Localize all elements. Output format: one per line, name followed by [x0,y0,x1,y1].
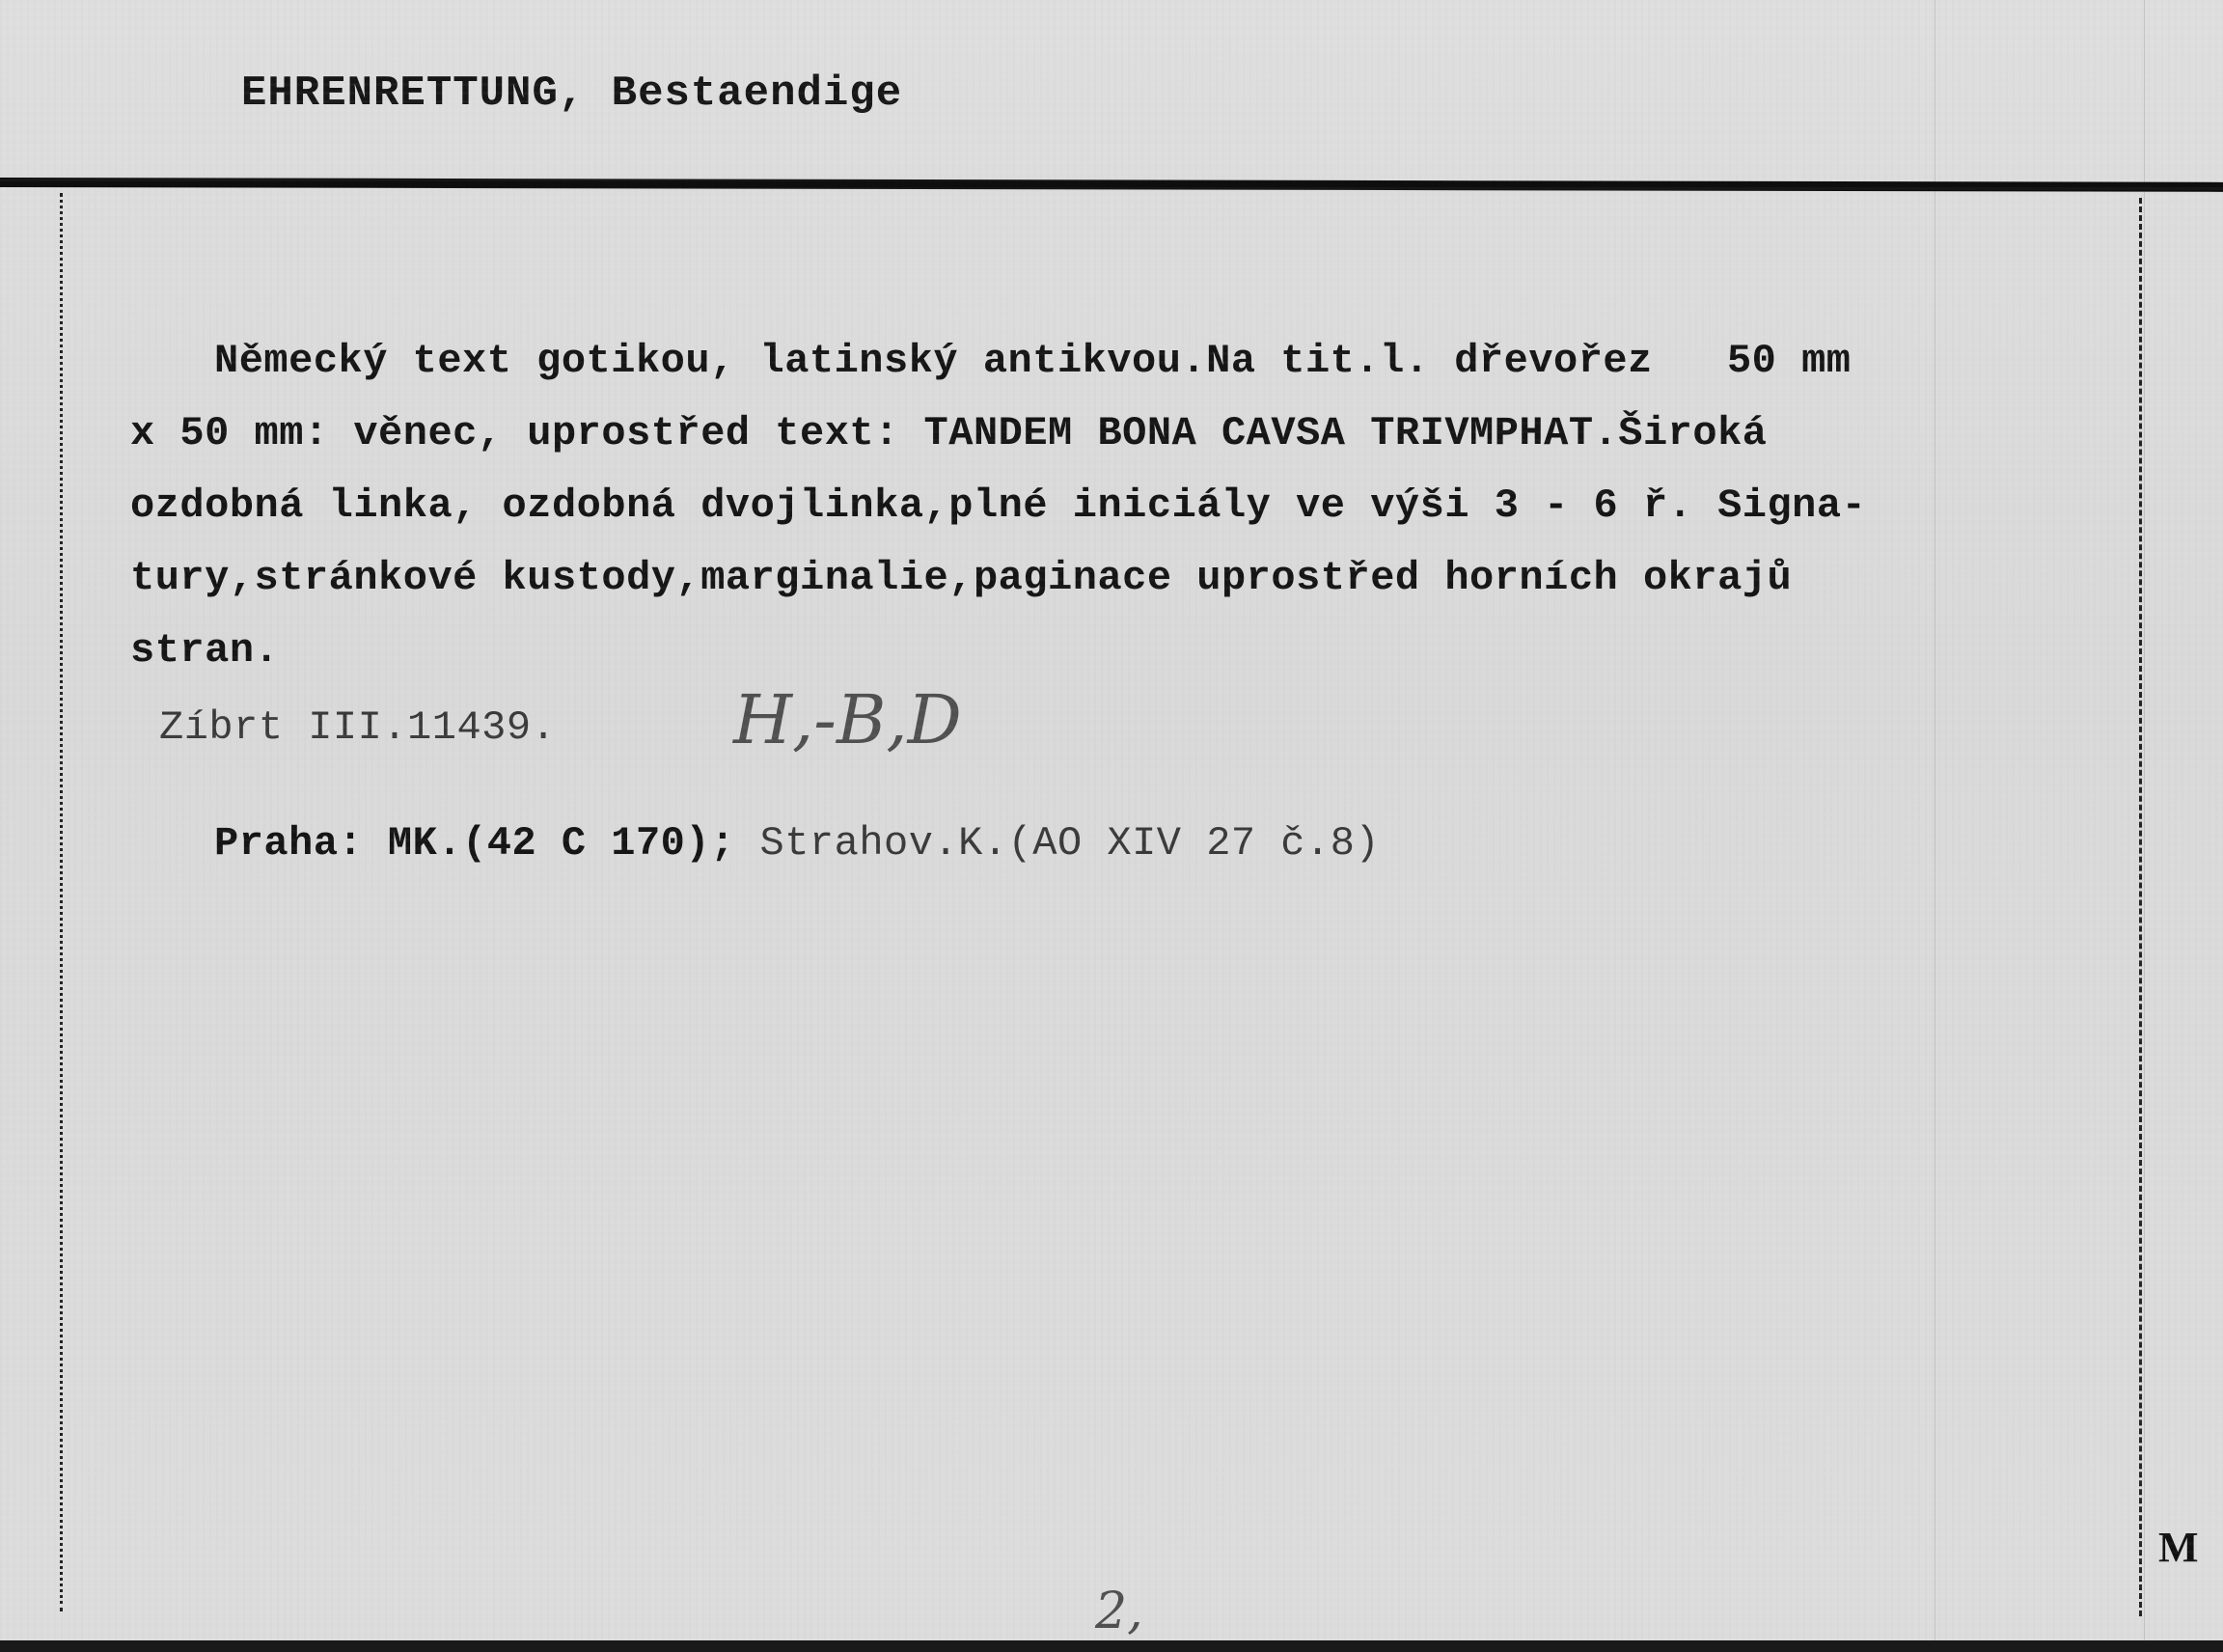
left-dotted-border [60,193,63,1611]
holdings-secondary: Strahov.K.(AO XIV 27 č.8) [760,820,1381,867]
catalog-card: EHRENRETTUNG, Bestaendige Německý text g… [0,0,2223,1640]
card-heading: EHRENRETTUNG, Bestaendige [241,69,902,118]
holdings-line: Praha: MK.(42 C 170); Strahov.K.(AO XIV … [214,820,1380,867]
scan-artifact-line [1935,0,1935,1640]
scan-artifact-line [2144,0,2145,1640]
handwritten-number: 2, [1095,1583,1143,1640]
bibliographic-reference: Zíbrt III.11439. [159,704,556,751]
description-line-4: tury,stránkové kustody,marginalie,pagina… [130,555,1792,601]
description-line-1: Německý text gotikou, latinský antikvou.… [214,338,1851,384]
heading-divider [0,178,2223,192]
handwritten-note: H,-B,D [733,680,962,759]
description-line-2: x 50 mm: věnec, uprostřed text: TANDEM B… [130,410,1767,456]
corner-mark: M [2158,1523,2199,1572]
description-line-3: ozdobná linka, ozdobná dvojlinka,plné in… [130,482,1866,529]
holdings-primary: Praha: MK.(42 C 170); [214,820,735,867]
right-dashed-border [2139,198,2142,1616]
description-line-5: stran. [130,627,279,674]
